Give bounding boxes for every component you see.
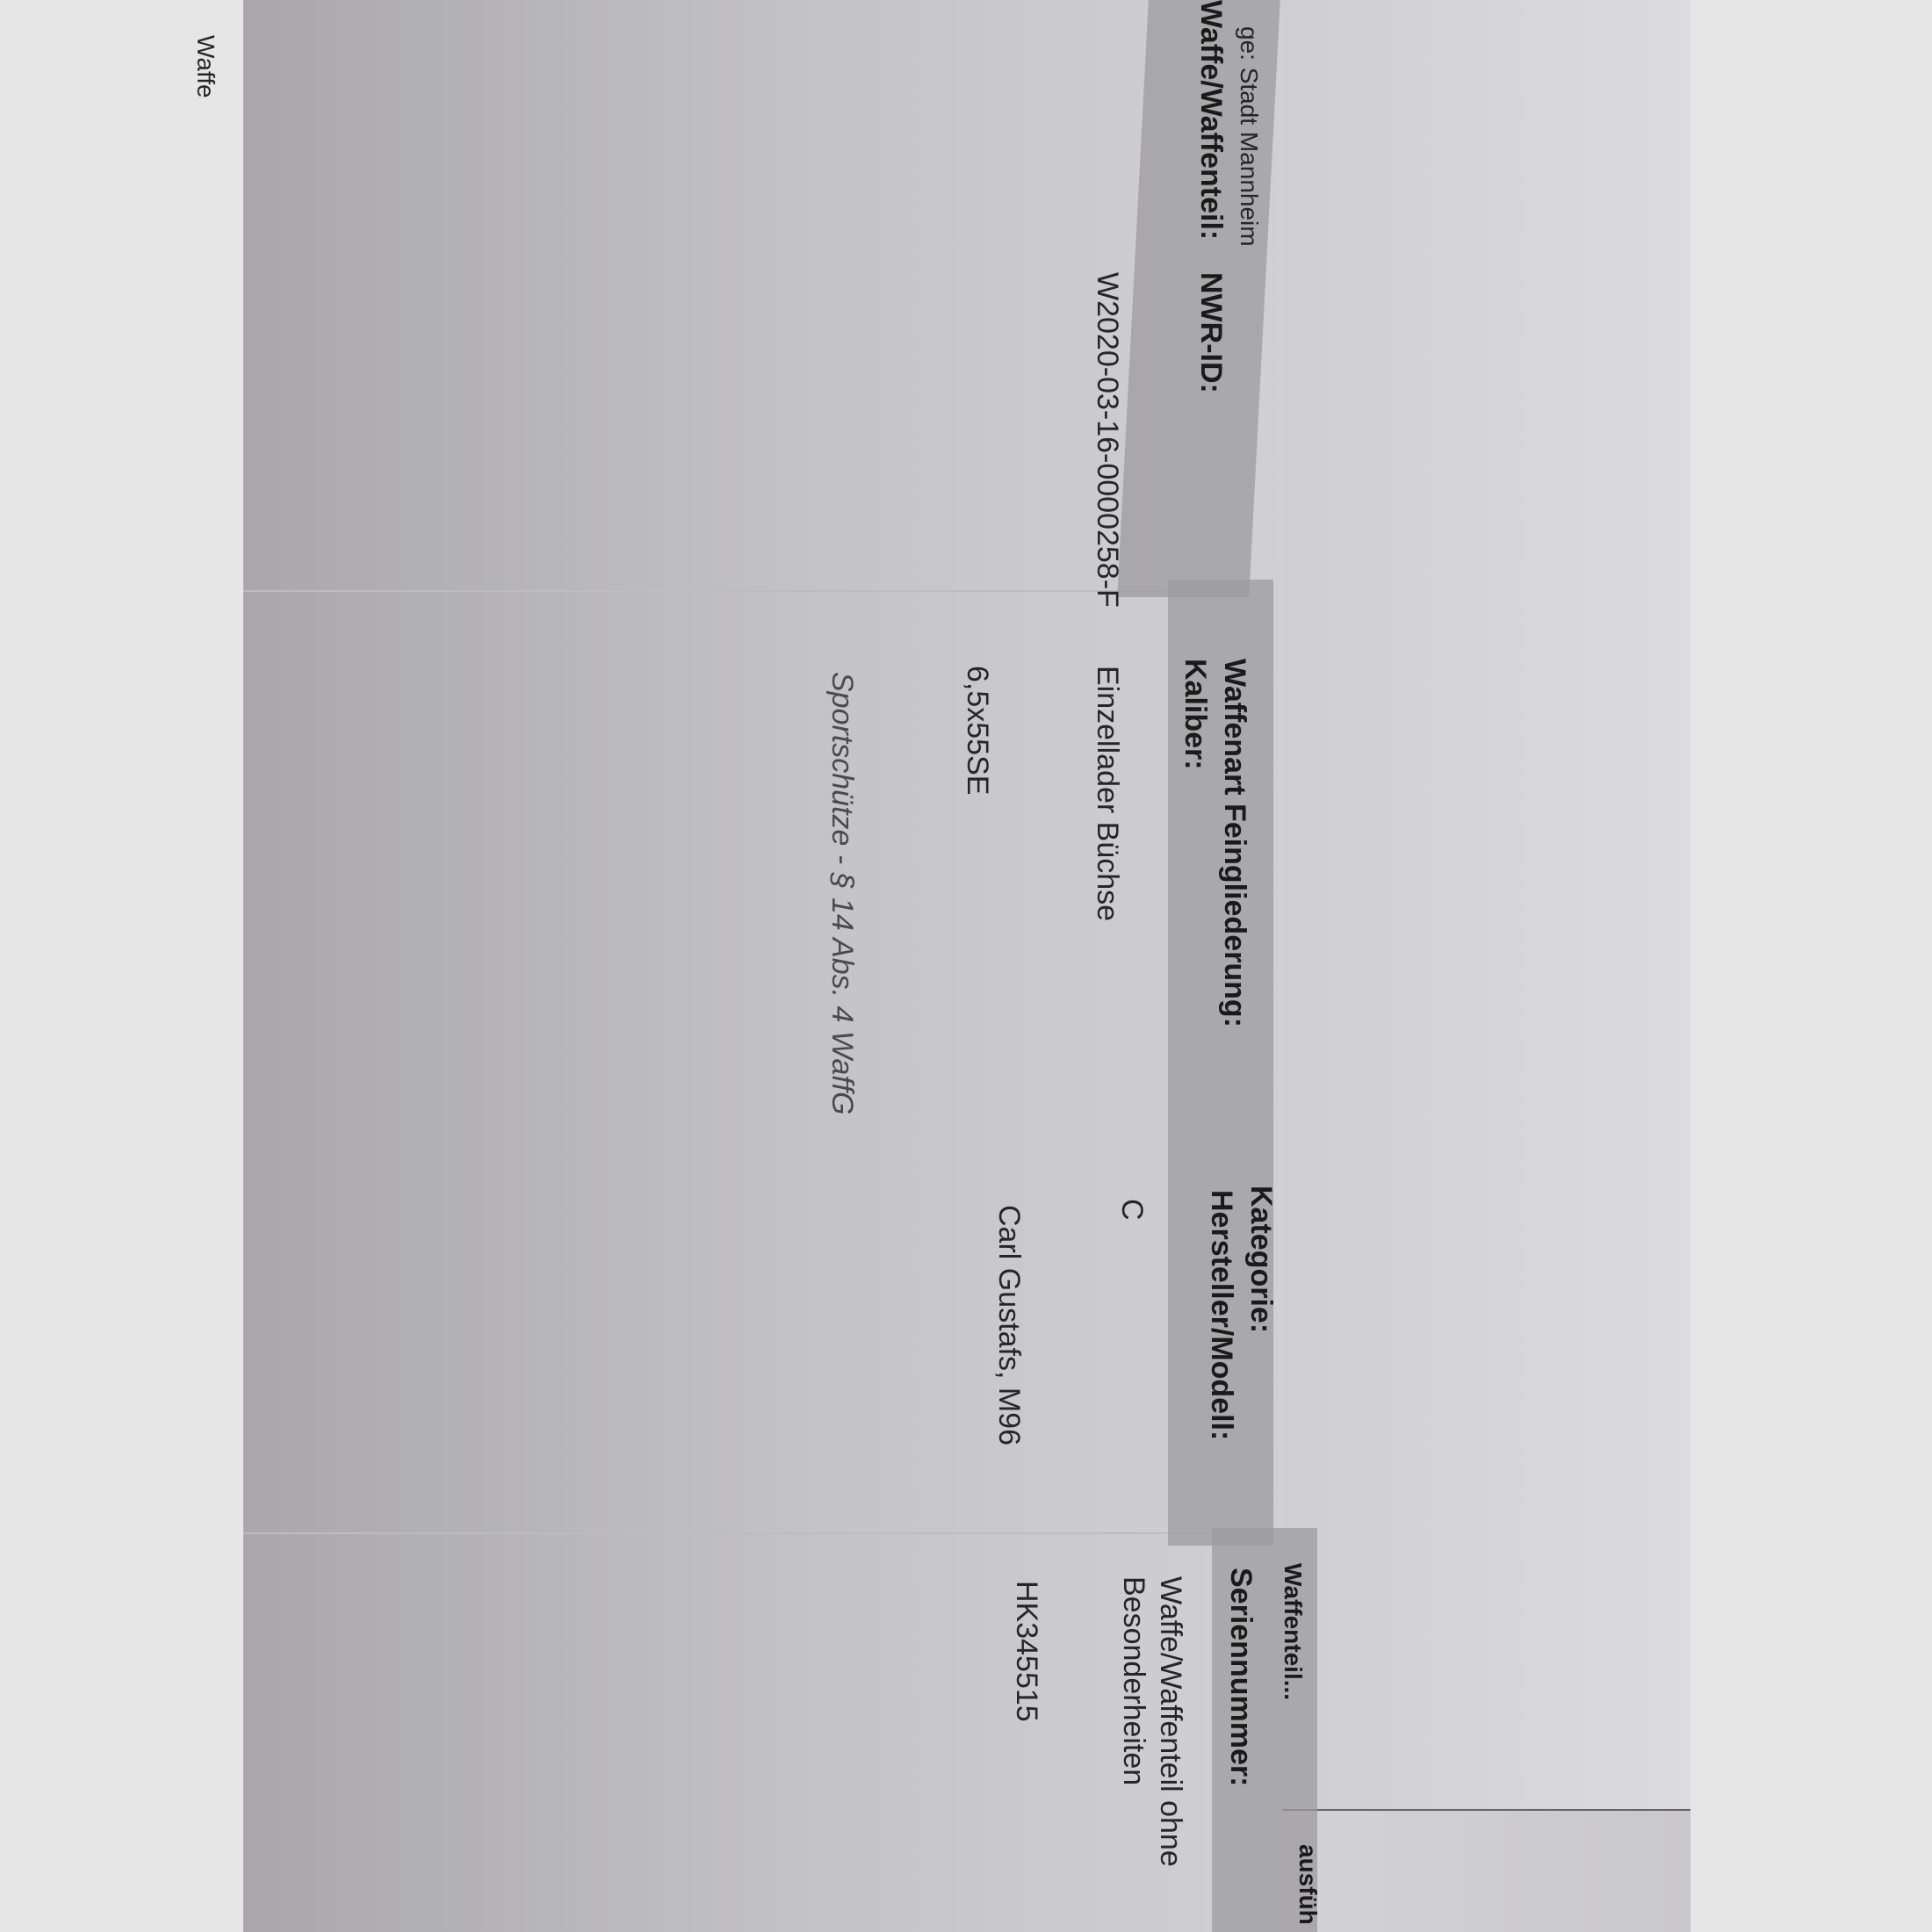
- hersteller-value: Carl Gustafs, M96: [991, 1205, 1026, 1445]
- kaliber-label: Kaliber:: [1178, 659, 1212, 770]
- fold-line: [243, 1532, 1253, 1534]
- overlapping-sheet: [1282, 0, 1690, 1811]
- besonderheiten-line1: Waffe/Waffenteil ohne: [1153, 1576, 1187, 1867]
- kategorie-value: C: [1114, 1199, 1149, 1221]
- waffenteil-fragment: Waffenteil...: [1279, 1563, 1307, 1700]
- waffe-label: Waffe/Waffenteil:: [1193, 0, 1228, 240]
- seriennummer-value: HK345515: [1009, 1581, 1043, 1722]
- weapon-fragment: Waffe: [191, 35, 220, 98]
- kaliber-value: 6,5x55SE: [960, 666, 994, 795]
- nwr-id-label: NWR-ID:: [1193, 272, 1228, 393]
- seriennummer-label: Seriennummer:: [1223, 1568, 1258, 1786]
- waffenart-label: Waffenart Feingliederung:: [1217, 659, 1251, 1027]
- grund-value: Sportschütze - § 14 Abs. 4 WaffG: [825, 672, 859, 1115]
- besonderheiten-line2: Besonderheiten: [1116, 1576, 1150, 1785]
- ausfuehrung-fragment: ausfüh: [1294, 1844, 1322, 1925]
- authority-text: ge: Stadt Mannheim: [1235, 26, 1263, 247]
- fold-line: [243, 590, 1165, 592]
- waffenart-value: Einzellader Büchse: [1090, 666, 1124, 921]
- nwr-id-value: W2020-03-16-0000258-F: [1090, 272, 1124, 608]
- kategorie-label: Kategorie:: [1244, 1186, 1278, 1333]
- hersteller-label: Hersteller/Modell:: [1204, 1190, 1238, 1440]
